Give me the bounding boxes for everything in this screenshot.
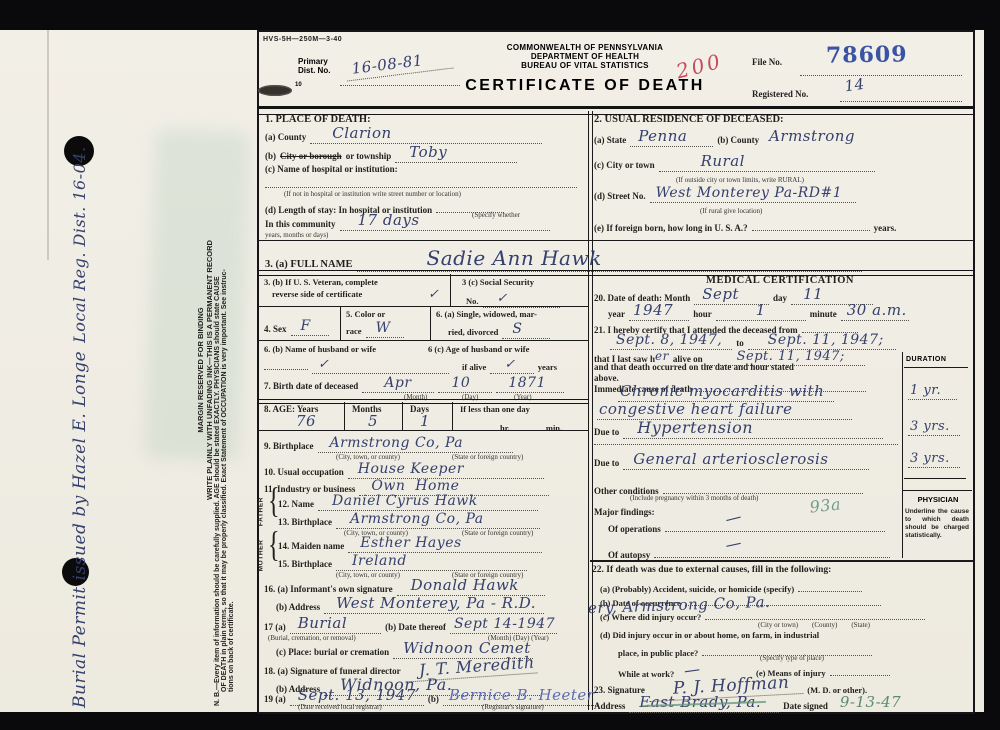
margin-printed-line1: MARGIN RESERVED FOR BINDING xyxy=(196,34,205,706)
last-seen-her: er xyxy=(655,350,669,363)
place-county-label: (a) County xyxy=(265,132,306,142)
birthdate-label: 7. Birth date of deceased xyxy=(264,381,358,391)
residence-state-value: Penna xyxy=(630,129,713,147)
place-hospital-blank-line xyxy=(265,186,577,188)
attended-to-date: Sept. 11, 1947; xyxy=(748,333,896,350)
informant-address-value: West Monterey, Pa - R.D. xyxy=(324,596,544,614)
death-hour-label: hour xyxy=(693,309,712,319)
mother-section-label: MOTHER xyxy=(258,531,265,581)
place-township-value: Toby xyxy=(395,145,517,163)
husband-label: 6. (b) Name of husband or wife xyxy=(264,345,376,354)
veteran-label-1: 3. (b) If U. S. Veteran, complete xyxy=(264,278,378,287)
margin-printed-instructions: MARGIN RESERVED FOR BINDING WRITE PLAINL… xyxy=(196,34,235,706)
marital-row: ried, divorced S xyxy=(448,323,550,341)
place-b-label: or township xyxy=(346,151,392,161)
mother-name-row: 14. Maiden name Esther Hayes xyxy=(278,537,542,555)
husband-age-checkmark: ✓ xyxy=(490,358,533,374)
place-county-row: (a) County Clarion xyxy=(265,128,542,146)
operations-blank xyxy=(665,522,885,532)
residence-foreign-row: (e) If foreign born, how long in U. S. A… xyxy=(594,219,896,236)
date-signed-value: 9-13-47 xyxy=(832,695,901,711)
occupation-value: House Keeper xyxy=(348,462,544,479)
full-name-label: 3. (a) FULL NAME xyxy=(265,259,353,270)
husband-check-row: ✓ xyxy=(264,358,449,376)
residence-state-label: (a) State xyxy=(594,135,626,145)
mother-name-value: Esther Hayes xyxy=(348,536,541,553)
residence-foreign-blank xyxy=(752,221,870,231)
duration-box-line xyxy=(902,352,903,558)
cell-line-sex xyxy=(340,307,341,340)
marital-label-2: ried, divorced xyxy=(448,327,498,337)
operations-green-row: 93a xyxy=(809,498,842,519)
due-to-1-row: Due to Hypertension xyxy=(594,422,883,441)
registrar-note: (Registrar's signature) xyxy=(482,703,544,711)
cell-line-race xyxy=(430,307,431,340)
birthdate-year: 1871 xyxy=(496,376,564,393)
residence-county-value: Armstrong xyxy=(763,129,855,145)
certify-to-label: to xyxy=(736,338,744,348)
due-to-2-label: Due to xyxy=(594,458,619,468)
cell-line-age3 xyxy=(452,402,453,430)
place-township-row: (b) City or borough or township Toby xyxy=(265,147,517,165)
ssn-checkmark: ✓ xyxy=(483,292,560,308)
primary-label-2: Dist. No. xyxy=(298,67,330,75)
birthplace-label: 9. Birthplace xyxy=(264,441,314,451)
occupation-label: 10. Usual occupation xyxy=(264,467,344,477)
race-row: race W xyxy=(346,322,404,340)
due-to-2-row: Due to General arteriosclerosis xyxy=(594,454,869,472)
residence-county-label: (b) County xyxy=(717,135,759,145)
sex-value: F xyxy=(291,319,329,336)
place-b-prefix: (b) xyxy=(265,151,276,161)
death-minute-value: 30 a.m. xyxy=(841,303,909,321)
due-to-1-value: Hypertension xyxy=(623,420,883,439)
physician-box-top-line xyxy=(902,490,972,491)
husband-age-label: 6 (c) Age of husband or wife xyxy=(428,345,529,354)
medical-certification-heading: MEDICAL CERTIFICATION xyxy=(640,275,920,286)
external-heading: 22. If death was due to external causes,… xyxy=(592,566,831,576)
autopsy-dash: — xyxy=(724,535,744,555)
age-months-value: 5 xyxy=(368,414,378,430)
death-hour-value: 1 xyxy=(716,303,806,321)
death-minute-label: minute xyxy=(810,309,837,319)
age-days-value: 1 xyxy=(420,414,430,430)
race-value: W xyxy=(366,321,405,338)
race-label-2: race xyxy=(346,326,362,336)
file-no-stamp: 78609 xyxy=(826,43,908,68)
race-label-1: 5. Color or xyxy=(346,310,385,319)
physician-address-label: Address xyxy=(594,701,625,711)
means-of-injury-blank xyxy=(830,666,890,676)
certify-end-1: and that death occurred on the date and … xyxy=(594,363,794,372)
rule-above-name xyxy=(257,240,973,241)
while-at-work-label: While at work? xyxy=(618,669,674,679)
veteran-label-2: reverse side of certificate xyxy=(272,290,362,299)
residence-foreign-label: (e) If foreign born, how long in U. S. A… xyxy=(594,223,748,233)
sex-row: 4. Sex F xyxy=(264,320,329,338)
father-birthplace-label: 13. Birthplace xyxy=(278,517,332,527)
father-section-label: FATHER xyxy=(258,487,265,537)
registered-no-ruled-line xyxy=(840,100,962,102)
margin-printed-line5: tions on back of certificate. xyxy=(228,34,235,706)
cell-line-veteran xyxy=(450,274,451,306)
file-no-ruled-line xyxy=(800,74,962,76)
age-min-label: min. xyxy=(546,423,562,433)
residence-street-row: (d) Street No. West Monterey Pa-RD#1 xyxy=(594,187,856,205)
disposal-place-label: (c) Place: burial or cremation xyxy=(276,647,389,657)
informant-address-label: (b) Address xyxy=(276,602,320,612)
residence-foreign-suffix: years. xyxy=(874,223,897,233)
marital-label-1: 6. (a) Single, widowed, mar- xyxy=(436,310,537,319)
duration-bottom-line xyxy=(904,478,966,479)
place-b-struck-label: City or borough xyxy=(280,151,342,161)
residence-city-value: Rural xyxy=(659,154,875,172)
external-c-note: (City or town) (County) (State) xyxy=(758,621,870,629)
residence-street-note: (If rural give location) xyxy=(700,207,762,215)
due-to-2-duration: 3 yrs. xyxy=(908,452,960,468)
place-community-label: In this community xyxy=(265,219,336,229)
received-label: 19 (a) xyxy=(264,694,286,704)
birthplace-value: Armstrong Co, Pa xyxy=(318,436,514,453)
ssn-label-2: No. xyxy=(466,296,479,306)
physician-address-row: Address East Brady, Pa. Date signed 9-13… xyxy=(594,697,901,715)
autopsy-mark-row: — xyxy=(724,536,744,557)
autopsy-label: Of autopsy xyxy=(608,550,650,560)
other-conditions-note: (Include pregnancy within 3 months of de… xyxy=(630,494,758,502)
due-to-2-value: General arteriosclerosis xyxy=(623,452,868,470)
due-separator-line xyxy=(594,443,898,445)
received-note: (Date received local registrar) xyxy=(298,703,382,711)
husband-age-row: if alive ✓ years xyxy=(462,358,557,376)
birthdate-month: Apr xyxy=(362,376,433,393)
place-county-value: Clarion xyxy=(310,126,541,144)
father-name-value: Daniel Cyrus Hawk xyxy=(318,494,538,511)
margin-note-line2: Local Reg. Dist. 16-04. xyxy=(70,146,89,346)
file-no-label: File No. xyxy=(752,58,782,67)
father-name-label: 12. Name xyxy=(278,499,314,509)
disposal-date-label: (b) Date thereof xyxy=(385,622,446,632)
margin-handwritten-note: Burial Permit issued by Hazel E. Longe L… xyxy=(62,32,90,708)
place-community-note: years, months or days) xyxy=(265,231,328,239)
margin-printed-line3: N. B.—Every item of information should b… xyxy=(214,34,221,706)
sex-label: 4. Sex xyxy=(264,324,287,334)
informant-label: 16. (a) Informant's own signature xyxy=(264,584,393,594)
death-year-label: year xyxy=(608,309,625,319)
union-seal-icon xyxy=(258,85,292,96)
disposal-date-value: Sept 14-1947 xyxy=(450,617,557,634)
birthplace-note-1: (City, town, or county) xyxy=(336,453,400,461)
disposal-label: 17 (a) xyxy=(264,622,286,632)
disposal-value: Burial xyxy=(290,616,381,634)
registered-no-label: Registered No. xyxy=(752,90,808,99)
husband-age-suffix: years xyxy=(538,362,557,372)
operations-label: Of operations xyxy=(608,524,661,534)
seal-mark: 10 xyxy=(295,82,302,88)
cause-duration-row: 1 yr. xyxy=(908,384,957,402)
place-hospital-note: (If not in hospital or institution write… xyxy=(284,190,461,198)
duration-label: DURATION xyxy=(906,356,946,363)
due-to-1-duration-row: 3 yrs. xyxy=(908,420,960,438)
cause-duration-value: 1 yr. xyxy=(908,384,957,400)
residence-city-note: (If outside city or town limits, write R… xyxy=(676,176,804,184)
husband-blank-left xyxy=(264,360,308,370)
age-less-label: If less than one day xyxy=(460,405,530,414)
disposal-note: (Burial, cremation, or removal) xyxy=(268,634,356,642)
registered-no-value-row: 14 xyxy=(844,79,866,98)
husband-checkmark: ✓ xyxy=(312,358,449,374)
attended-from-date: Sept. 8, 1947, xyxy=(610,333,732,350)
father-birthplace-value: Armstrong Co, Pa xyxy=(336,512,540,529)
age-years-value: 76 xyxy=(296,414,316,430)
form-code: HVS-5H—250M—3-40 xyxy=(263,36,342,43)
residence-heading: 2. USUAL RESIDENCE OF DECEASED: xyxy=(594,114,784,125)
major-findings-label: Major findings: xyxy=(594,508,655,517)
physician-signature-label: 23. Signature xyxy=(594,685,645,695)
residence-street-value: West Monterey Pa-RD#1 xyxy=(650,186,857,203)
external-d-label-2: place, in public place? xyxy=(618,648,698,658)
margin-printed-line4: OF DEATH in plain terms, so that it may … xyxy=(221,34,228,706)
margin-printed-line2: WRITE PLAINLY WITH UNFADING INK—THIS IS … xyxy=(205,34,214,706)
date-signed-label: Date signed xyxy=(783,701,828,711)
death-certificate-scan: Burial Permit issued by Hazel E. Longe L… xyxy=(0,0,1000,730)
death-day-label: day xyxy=(773,293,787,303)
full-name-value: Sadie Ann Hawk xyxy=(357,248,862,272)
birthdate-day: 10 xyxy=(438,376,493,393)
mother-birthplace-label: 15. Birthplace xyxy=(278,559,332,569)
paper-edge-line xyxy=(47,30,49,260)
scan-edge-right xyxy=(984,0,1000,730)
due-to-2-duration-row: 3 yrs. xyxy=(908,452,960,470)
mother-name-label: 14. Maiden name xyxy=(278,541,344,551)
veteran-checkmark: ✓ xyxy=(428,288,439,302)
age-hours-row: hr. min. xyxy=(458,419,562,436)
external-a-blank xyxy=(798,582,862,592)
due-to-1-duration: 3 yrs. xyxy=(908,420,960,436)
registrar-label: (b) xyxy=(428,694,439,704)
operations-row: Of operations xyxy=(608,520,885,537)
physician-note: Underline the cause to which death shoul… xyxy=(905,508,969,540)
husband-age-if-label: if alive xyxy=(462,362,486,372)
external-d-label-1: (d) Did injury occur in or about home, o… xyxy=(600,631,819,640)
external-d-note: (Specify type of place) xyxy=(760,654,824,662)
scan-edge-top xyxy=(0,0,1000,30)
residence-state-row: (a) State Penna (b) County Armstrong xyxy=(594,131,855,149)
mother-birthplace-note-1: (City, town, or county) xyxy=(336,571,400,579)
column-divider xyxy=(588,111,593,710)
duration-underline xyxy=(904,367,968,368)
ssn-label-1: 3 (c) Social Security xyxy=(462,278,534,287)
cell-line-age2 xyxy=(402,402,403,430)
operations-green-note: 93a xyxy=(809,496,842,516)
place-community-value: 17 days xyxy=(340,213,550,231)
marital-value: S xyxy=(502,322,550,339)
autopsy-blank xyxy=(654,548,890,558)
registered-no-value: 14 xyxy=(844,77,866,95)
place-hospital-label: (c) Name of hospital or institution: xyxy=(265,165,398,174)
ssn-row: No. ✓ xyxy=(466,292,560,310)
residence-street-label: (d) Street No. xyxy=(594,191,646,201)
rule-above-external xyxy=(590,560,973,562)
due-to-1-label: Due to xyxy=(594,427,619,437)
other-conditions-blank xyxy=(663,484,863,494)
mother-birthplace-value: Ireland xyxy=(336,554,527,571)
external-d-row-2: place, in public place? xyxy=(618,644,872,661)
rule-below-age xyxy=(257,430,588,431)
cemetery-overlay-value: ery, Armstrong Co, Pa. xyxy=(588,595,771,617)
age-hr-label: hr. xyxy=(500,423,510,433)
physician-label: PHYSICIAN xyxy=(904,496,972,504)
death-year-value: 1947 xyxy=(629,303,689,321)
cell-line-age1 xyxy=(344,402,345,430)
margin-note-line1: Burial Permit issued by Hazel E. Longe xyxy=(70,351,90,708)
residence-city-row: (c) City or town Rural xyxy=(594,156,875,174)
birthplace-note-2: (State or foreign country) xyxy=(452,453,523,461)
veteran-check-row: ✓ xyxy=(428,288,439,305)
residence-city-label: (c) City or town xyxy=(594,160,655,170)
